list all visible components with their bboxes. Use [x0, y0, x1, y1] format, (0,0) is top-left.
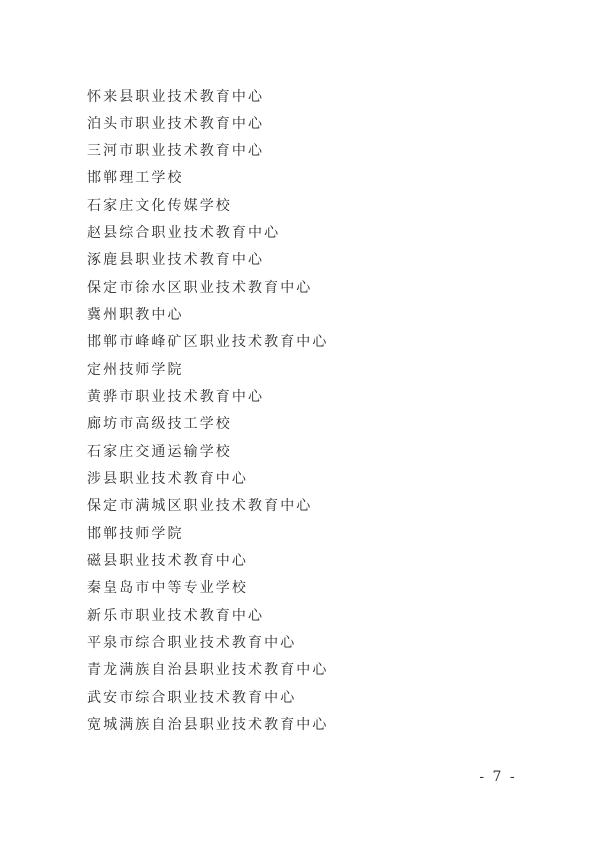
list-item: 三河市职业技术教育中心 — [87, 138, 329, 165]
list-item: 冀州职教中心 — [87, 302, 329, 329]
list-item: 平泉市综合职业技术教育中心 — [87, 630, 329, 657]
school-list: 怀来县职业技术教育中心 泊头市职业技术教育中心 三河市职业技术教育中心 邯郸理工… — [87, 84, 329, 740]
list-item: 保定市徐水区职业技术教育中心 — [87, 275, 329, 302]
list-item: 赵县综合职业技术教育中心 — [87, 220, 329, 247]
list-item: 青龙满族自治县职业技术教育中心 — [87, 657, 329, 684]
list-item: 怀来县职业技术教育中心 — [87, 84, 329, 111]
list-item: 石家庄文化传媒学校 — [87, 193, 329, 220]
list-item: 保定市满城区职业技术教育中心 — [87, 493, 329, 520]
list-item: 石家庄交通运输学校 — [87, 439, 329, 466]
list-item: 涉县职业技术教育中心 — [87, 466, 329, 493]
list-item: 定州技师学院 — [87, 357, 329, 384]
page-number: - 7 - — [478, 769, 518, 785]
list-item: 宽城满族自治县职业技术教育中心 — [87, 712, 329, 739]
list-item: 磁县职业技术教育中心 — [87, 548, 329, 575]
list-item: 泊头市职业技术教育中心 — [87, 111, 329, 138]
list-item: 邯郸理工学校 — [87, 165, 329, 192]
list-item: 武安市综合职业技术教育中心 — [87, 685, 329, 712]
list-item: 廊坊市高级技工学校 — [87, 411, 329, 438]
list-item: 黄骅市职业技术教育中心 — [87, 384, 329, 411]
list-item: 涿鹿县职业技术教育中心 — [87, 247, 329, 274]
document-page: 怀来县职业技术教育中心 泊头市职业技术教育中心 三河市职业技术教育中心 邯郸理工… — [0, 0, 600, 848]
list-item: 邯郸技师学院 — [87, 521, 329, 548]
list-item: 邯郸市峰峰矿区职业技术教育中心 — [87, 329, 329, 356]
list-item: 新乐市职业技术教育中心 — [87, 603, 329, 630]
list-item: 秦皇岛市中等专业学校 — [87, 575, 329, 602]
